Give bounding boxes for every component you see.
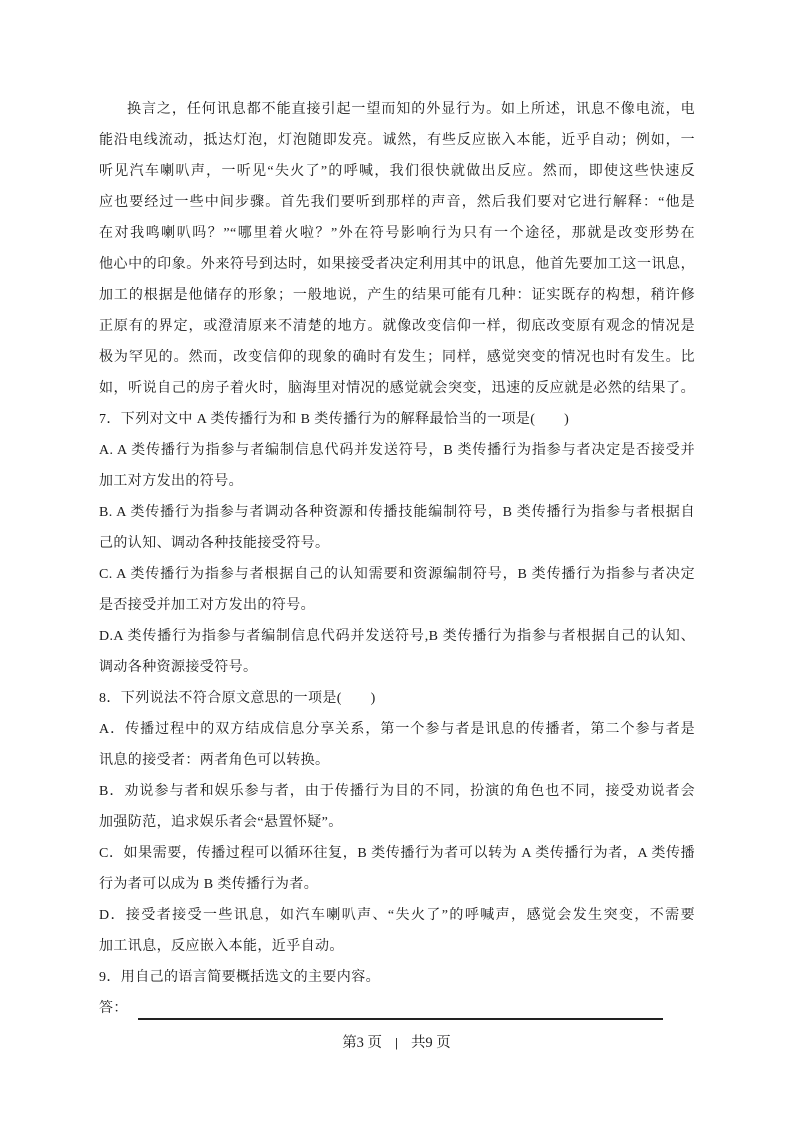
text-line: 极为罕见的。然而，改变信仰的现象的确时有发生；同样，感觉突变的情况也时有发生。比 [99, 342, 695, 373]
text-line: 能沿电线流动，抵达灯泡，灯泡随即发亮。诚然，有些反应嵌入本能，近乎自动；例如，一 [99, 125, 695, 156]
text-line: 听见汽车喇叭声，一听见“失火了”的呼喊，我们很快就做出反应。然而，即使这些快速反 [99, 156, 695, 187]
document-page: 换言之，任何讯息都不能直接引起一望而知的外显行为。如上所述，讯息不像电流，电能沿… [0, 0, 793, 1122]
text-line: A. A 类传播行为指参与者编制信息代码并发送符号，B 类传播行为指参与者决定是… [99, 435, 695, 466]
footer-page-current: 第3 页 [342, 1032, 382, 1054]
text-line: 他心中的印象。外来符号到达时，如果接受者决定利用其中的讯息，他首先要加工这一讯息… [99, 249, 695, 280]
text-line: 换言之，任何讯息都不能直接引起一望而知的外显行为。如上所述，讯息不像电流，电 [99, 94, 695, 125]
footer-separator: | [395, 1032, 398, 1054]
text-line: 8．下列说法不符合原文意思的一项是( ) [99, 683, 695, 714]
text-line: A．传播过程中的双方结成信息分享关系，第一个参与者是讯息的传播者，第二个参与者是 [99, 714, 695, 745]
text-line: 加工讯息，反应嵌入本能，近乎自动。 [99, 931, 695, 962]
text-line: D.A 类传播行为指参与者编制信息代码并发送符号,B 类传播行为指参与者根据自己… [99, 621, 695, 652]
text-line: 应也要经过一些中间步骤。首先我们要听到那样的声音，然后我们要对它进行解释：“他是 [99, 187, 695, 218]
text-line: B. A 类传播行为指参与者调动各种资源和传播技能编制符号，B 类传播行为指参与… [99, 497, 695, 528]
text-line: D．接受者接受一些讯息，如汽车喇叭声、“失火了”的呼喊声，感觉会发生突变，不需要 [99, 900, 695, 931]
footer-page-total: 共9 页 [411, 1032, 451, 1054]
text-line: 调动各种资源接受符号。 [99, 652, 695, 683]
text-line: 加强防范，追求娱乐者会“悬置怀疑”。 [99, 807, 695, 838]
text-line: 行为者可以成为 B 类传播行为者。 [99, 869, 695, 900]
text-line: 9．用自己的语言简要概括选文的主要内容。 [99, 962, 695, 993]
answer-label: 答： [99, 993, 138, 1024]
text-line: C．如果需要，传播过程可以循环往复，B 类传播行为者可以转为 A 类传播行为者，… [99, 838, 695, 869]
text-line: 7．下列对文中 A 类传播行为和 B 类传播行为的解释最恰当的一项是( ) [99, 404, 695, 435]
text-line: 加工的根据是他储存的形象；一般地说，产生的结果可能有几种：证实既存的构想，稍许修 [99, 280, 695, 311]
text-line: 正原有的界定，或澄清原来不清楚的地方。就像改变信仰一样，彻底改变原有观念的情况是 [99, 311, 695, 342]
text-line: 在对我鸣喇叭吗？”“哪里着火啦？”外在符号影响行为只有一个途径，那就是改变形势在 [99, 218, 695, 249]
text-line: B．劝说参与者和娱乐参与者，由于传播行为目的不同，扮演的角色也不同，接受劝说者会 [99, 776, 695, 807]
document-body: 换言之，任何讯息都不能直接引起一望而知的外显行为。如上所述，讯息不像电流，电能沿… [99, 94, 695, 1024]
page-footer: 第3 页 | 共9 页 [0, 1032, 793, 1054]
text-line: 己的认知、调动各种技能接受符号。 [99, 528, 695, 559]
text-line: 讯息的接受者：两者角色可以转换。 [99, 745, 695, 776]
text-line: 如，听说自己的房子着火时，脑海里对情况的感觉就会突变，迅速的反应就是必然的结果了… [99, 373, 695, 404]
text-line: C. A 类传播行为指参与者根据自己的认知需要和资源编制符号，B 类传播行为指参… [99, 559, 695, 590]
answer-blank-line [138, 993, 663, 1020]
answer-row: 答： [99, 993, 695, 1024]
text-line: 加工对方发出的符号。 [99, 466, 695, 497]
text-line: 是否接受并加工对方发出的符号。 [99, 590, 695, 621]
